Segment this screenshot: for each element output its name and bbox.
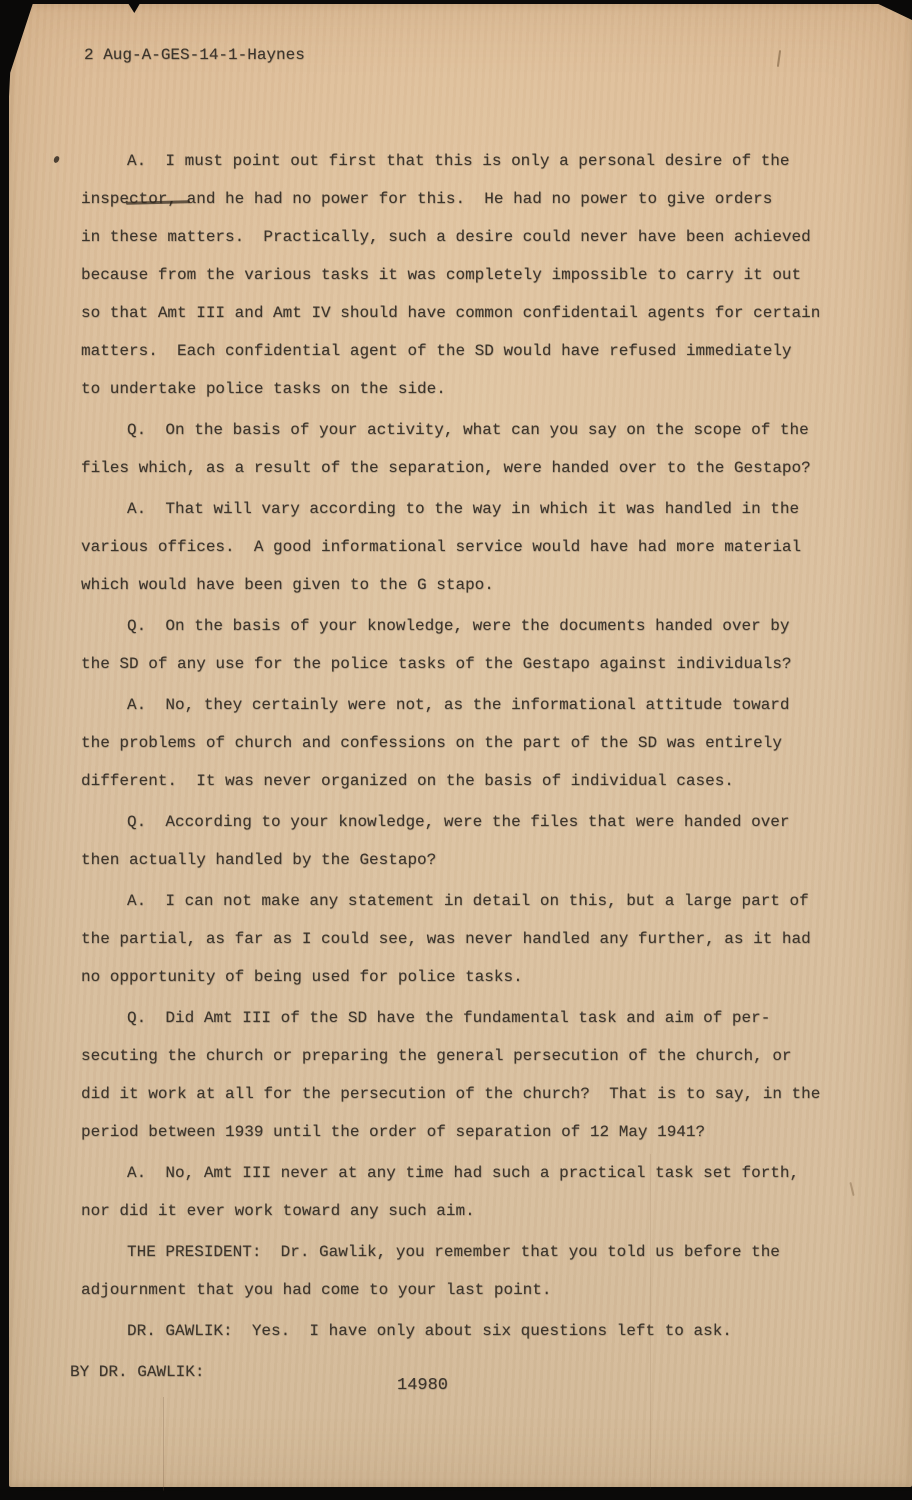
transcript-line: then actually handled by the Gestapo? [81,841,853,879]
transcript-line: the partial, as far as I could see, was … [81,920,853,958]
transcript-paragraph: A. I must point out first that this is o… [81,142,853,408]
transcript-line: Q. According to your knowledge, were the… [81,803,853,841]
transcript-line: because from the various tasks it was co… [81,256,853,294]
transcript-paragraph: DR. GAWLIK: Yes. I have only about six q… [81,1312,853,1350]
paper-fiber [777,50,781,67]
transcript-line: no opportunity of being used for police … [81,958,853,996]
transcript-paragraph: Q. According to your knowledge, were the… [81,803,853,879]
transcript-paragraph: A. No, Amt III never at any time had suc… [81,1154,853,1230]
transcript-line: the SD of any use for the police tasks o… [81,645,853,683]
transcript-paragraph: Q. On the basis of your knowledge, were … [81,607,853,683]
transcript-line: matters. Each confidential agent of the … [81,332,853,370]
transcript-paragraph: BY DR. GAWLIK: [70,1353,853,1391]
transcript-line: A. I must point out first that this is o… [81,142,853,180]
transcript-line: which would have been given to the G sta… [81,566,853,604]
page-number: 14980 [397,1374,448,1398]
transcript-line: inspector, and he had no power for this.… [81,180,853,218]
page-header: 2 Aug-A-GES-14-1-Haynes [84,44,305,66]
transcript-line: THE PRESIDENT: Dr. Gawlik, you remember … [81,1233,853,1271]
transcript-line: Q. On the basis of your knowledge, were … [81,607,853,645]
document-page: 2 Aug-A-GES-14-1-Haynes A. I must point … [9,4,912,1487]
transcript-line: to undertake police tasks on the side. [81,370,853,408]
transcript-paragraph: Q. Did Amt III of the SD have the fundam… [81,999,853,1151]
transcript-line: secuting the church or preparing the gen… [81,1037,853,1075]
transcript-line: files which, as a result of the separati… [81,449,853,487]
transcript-paragraph: Q. On the basis of your activity, what c… [81,411,853,487]
transcript-line: A. No, they certainly were not, as the i… [81,686,853,724]
transcript-line: in these matters. Practically, such a de… [81,218,853,256]
transcript-paragraph: A. That will vary according to the way i… [81,490,853,604]
transcript-line: BY DR. GAWLIK: [70,1353,853,1391]
transcript-body: A. I must point out first that this is o… [81,142,853,1391]
transcript-line: the problems of church and confessions o… [81,724,853,762]
ink-dot [53,155,60,163]
transcript-line: did it work at all for the persecution o… [81,1075,853,1113]
transcript-paragraph: THE PRESIDENT: Dr. Gawlik, you remember … [81,1233,853,1309]
scan-edge-bottom [0,1487,912,1500]
transcript-line: A. No, Amt III never at any time had suc… [81,1154,853,1192]
transcript-line: DR. GAWLIK: Yes. I have only about six q… [81,1312,853,1350]
fold-line [650,1154,651,1491]
transcript-line: Q. On the basis of your activity, what c… [81,411,853,449]
fold-line [163,1397,164,1491]
transcript-line: different. It was never organized on the… [81,762,853,800]
transcript-paragraph: A. No, they certainly were not, as the i… [81,686,853,800]
transcript-line: adjournment that you had come to your la… [81,1271,853,1309]
transcript-line: period between 1939 until the order of s… [81,1113,853,1151]
transcript-line: A. I can not make any statement in detai… [81,882,853,920]
transcript-line: A. That will vary according to the way i… [81,490,853,528]
transcript-line: nor did it ever work toward any such aim… [81,1192,853,1230]
transcript-line: various offices. A good informational se… [81,528,853,566]
transcript-line: so that Amt III and Amt IV should have c… [81,294,853,332]
transcript-paragraph: A. I can not make any statement in detai… [81,882,853,996]
transcript-line: Q. Did Amt III of the SD have the fundam… [81,999,853,1037]
